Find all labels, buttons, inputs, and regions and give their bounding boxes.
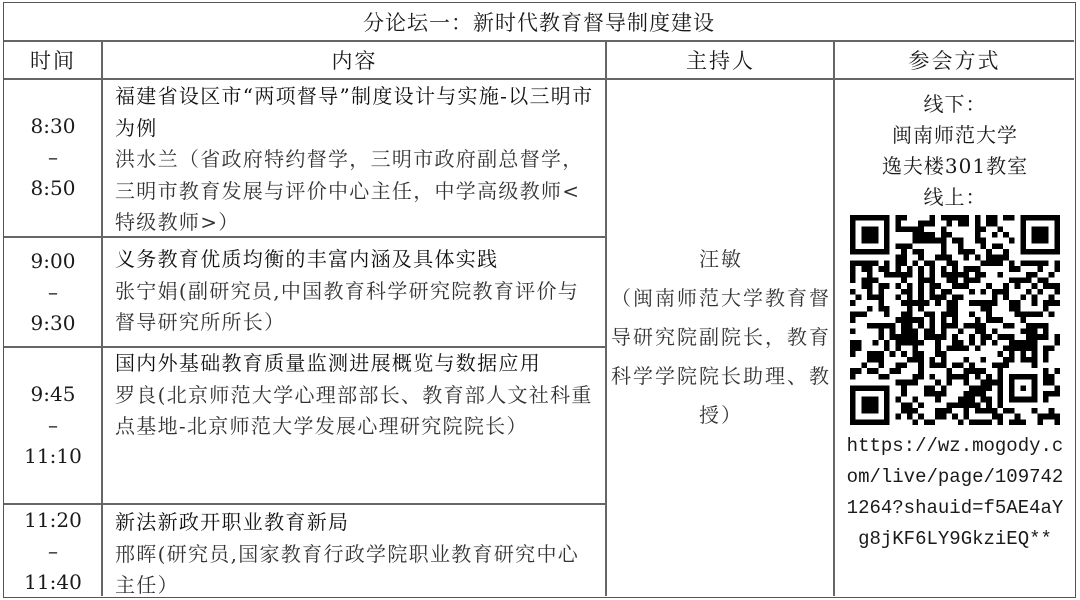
speaker-info: 张宁娟(副研究员,中国教育科学研究院教育评价与督导研究所所长） bbox=[115, 276, 597, 339]
time-end: 9:30 bbox=[31, 308, 76, 339]
session-time: 9:00 – 9:30 bbox=[4, 238, 102, 346]
time-end: 11:40 bbox=[24, 567, 82, 598]
venue-line-2: 逸夫楼301教室 bbox=[882, 151, 1028, 182]
session-time: 8:30 – 8:50 bbox=[4, 79, 102, 236]
time-end: 8:50 bbox=[31, 173, 76, 204]
speaker-info: 罗良(北京师范大学心理部部长、教育部人文社科重点基地-北京师范大学发展心理研究院… bbox=[115, 380, 597, 443]
time-end: 11:10 bbox=[24, 441, 82, 472]
host-name: 汪敏 bbox=[699, 240, 743, 279]
qr-code-icon[interactable] bbox=[850, 215, 1060, 425]
forum-title: 分论坛一：新时代教育督导制度建设 bbox=[4, 3, 1074, 41]
speaker-info: 洪水兰（省政府特约督学，三明市政府副总督学，三明市教育发展与评价中心主任，中学高… bbox=[115, 144, 597, 239]
time-start: 11:20 bbox=[24, 505, 82, 536]
header-participation: 参会方式 bbox=[835, 41, 1074, 79]
speaker-info: 邢晖(研究员,国家教育行政学院职业教育研究中心主任） bbox=[115, 539, 597, 600]
talk-title: 国内外基础教育质量监测进展概览与数据应用 bbox=[115, 348, 597, 380]
host-affiliation: （闽南师范大学教育督导研究院副院长，教育科学学院院长助理、教授） bbox=[609, 279, 833, 435]
time-start: 9:00 bbox=[31, 246, 76, 277]
time-start: 9:45 bbox=[31, 379, 76, 410]
time-separator: – bbox=[48, 536, 58, 567]
session-content: 义务教育优质均衡的丰富内涵及具体实践 张宁娟(副研究员,中国教育科学研究院教育评… bbox=[103, 238, 607, 346]
session-content: 国内外基础教育质量监测进展概览与数据应用 罗良(北京师范大学心理部部长、教育部人… bbox=[103, 348, 607, 503]
venue-line-1: 闽南师范大学 bbox=[892, 120, 1018, 151]
talk-title: 福建省设区市“两项督导”制度设计与实施-以三明市为例 bbox=[115, 81, 597, 144]
time-separator: – bbox=[48, 410, 58, 441]
time-separator: – bbox=[48, 142, 58, 173]
talk-title: 义务教育优质均衡的丰富内涵及具体实践 bbox=[115, 244, 597, 276]
host-cell: 汪敏 （闽南师范大学教育督导研究院副院长，教育科学学院院长助理、教授） bbox=[607, 79, 835, 596]
forum-schedule-table: 分论坛一：新时代教育督导制度建设 时间 内容 主持人 参会方式 8:30 – 8… bbox=[3, 2, 1076, 598]
talk-title: 新法新政开职业教育新局 bbox=[115, 507, 597, 539]
time-start: 8:30 bbox=[31, 111, 76, 142]
session-time: 11:20 – 11:40 bbox=[4, 505, 102, 597]
session-content: 新法新政开职业教育新局 邢晖(研究员,国家教育行政学院职业教育研究中心主任） bbox=[103, 505, 607, 597]
live-stream-url[interactable]: https://wz.mogody.com/live/page/10974212… bbox=[843, 431, 1068, 555]
header-time: 时间 bbox=[4, 41, 102, 79]
header-content: 内容 bbox=[103, 41, 606, 79]
participation-cell: 线下： 闽南师范大学 逸夫楼301教室 线上： https://wz.mogod… bbox=[836, 79, 1074, 596]
header-host: 主持人 bbox=[607, 41, 834, 79]
time-separator: – bbox=[48, 277, 58, 308]
session-content: 福建省设区市“两项督导”制度设计与实施-以三明市为例 洪水兰（省政府特约督学，三… bbox=[103, 79, 607, 236]
online-label: 线上： bbox=[924, 182, 987, 213]
offline-label: 线下： bbox=[924, 89, 987, 120]
session-time: 9:45 – 11:10 bbox=[4, 348, 102, 503]
